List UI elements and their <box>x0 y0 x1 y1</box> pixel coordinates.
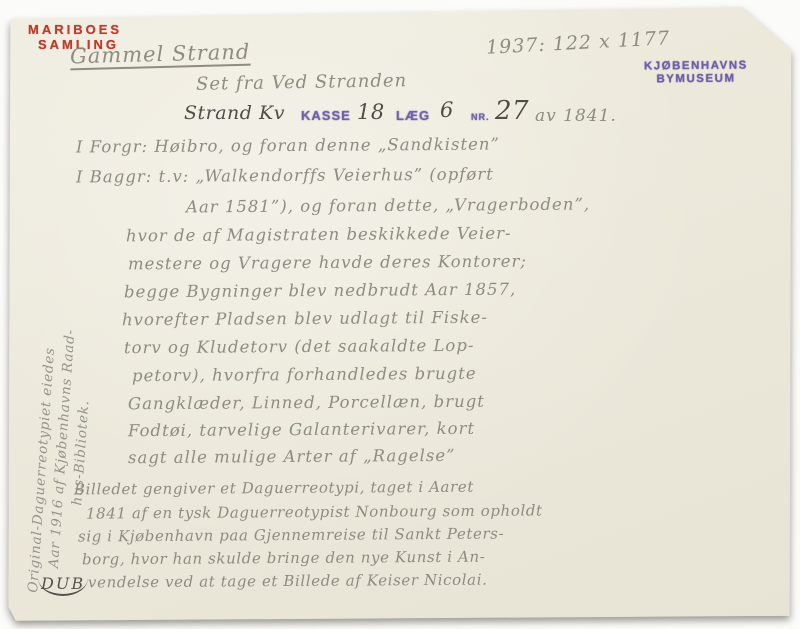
body-line: vendelse ved at tage et Billede af Keise… <box>88 570 488 593</box>
body-line: petorv), hvorfra forhandledes brugte <box>132 364 477 386</box>
body-line: torv og Kludetorv (det saakaldte Lop- <box>124 336 475 358</box>
body-line: mestere og Vragere havde deres Kontorer; <box>128 252 527 275</box>
kasse-value: 18 <box>357 100 385 124</box>
registration-row: Strand Kv KASSE 18 LÆG 6 NR. 27 av 1841. <box>8 100 792 134</box>
museum-stamp-line1: KJØBENHAVNS <box>644 60 748 74</box>
museum-stamp-line2: BYMUSEUM <box>644 73 748 87</box>
laeg-value: 6 <box>440 98 454 122</box>
margin-note: Original-Daguerreotypiet eiedes Aar 1916… <box>24 123 114 596</box>
body-line: sagt alle mulige Arter af „Ragelse” <box>128 446 456 468</box>
body-line: begge Bygninger blev nedbrudt Aar 1857, <box>124 280 516 303</box>
body-line: I Forgr: Høibro, og foran denne „Sandkis… <box>76 135 500 158</box>
body-line: hvor de af Magistraten beskikkede Veier- <box>126 224 512 247</box>
body-line: 1841 af en tysk Daguerreotypist Nonbourg… <box>86 500 543 523</box>
kvarter-value: Strand Kv <box>184 102 285 124</box>
body-line: Aar 1581”), og foran dette, „Vragerboden… <box>186 195 590 218</box>
museum-stamp: KJØBENHAVNS BYMUSEUM <box>644 60 748 87</box>
body-line: I Baggr: t.v: „Walkendorffs Veierhus” (o… <box>76 165 494 188</box>
body-line: sig i Kjøbenhavn paa Gjennemreise til Sa… <box>78 524 504 547</box>
body-line: Billedet gengiver et Daguerreotypi, tage… <box>74 477 474 500</box>
nr-stamp: NR. <box>471 112 490 122</box>
body-line: borg, hvor han skulde bringe den nye Kun… <box>82 547 485 570</box>
nr-value: 27 <box>495 96 529 126</box>
page-title: Gammel Strand <box>70 40 251 69</box>
body-line: Fodtøi, tarvelige Galanterivarer, kort <box>128 419 475 441</box>
scanned-card-wrapper: MARIBOES SAMLING Gammel Strand 1937: 122… <box>0 0 800 629</box>
archive-card: MARIBOES SAMLING Gammel Strand 1937: 122… <box>8 6 792 622</box>
body-line: Gangklæder, Linned, Porcellæn, brugt <box>128 392 485 414</box>
dub-mark: DUB <box>38 574 88 596</box>
collection-stamp-line1: MARIBOES <box>28 22 122 37</box>
body-line: hvorefter Pladsen blev udlagt til Fiske- <box>122 308 488 331</box>
year-note: av 1841. <box>535 106 617 126</box>
subtitle: Set fra Ved Stranden <box>196 70 408 95</box>
accession-number: 1937: 122 x 1177 <box>486 27 671 59</box>
kasse-stamp: KASSE <box>301 108 351 123</box>
laeg-stamp: LÆG <box>396 108 430 123</box>
